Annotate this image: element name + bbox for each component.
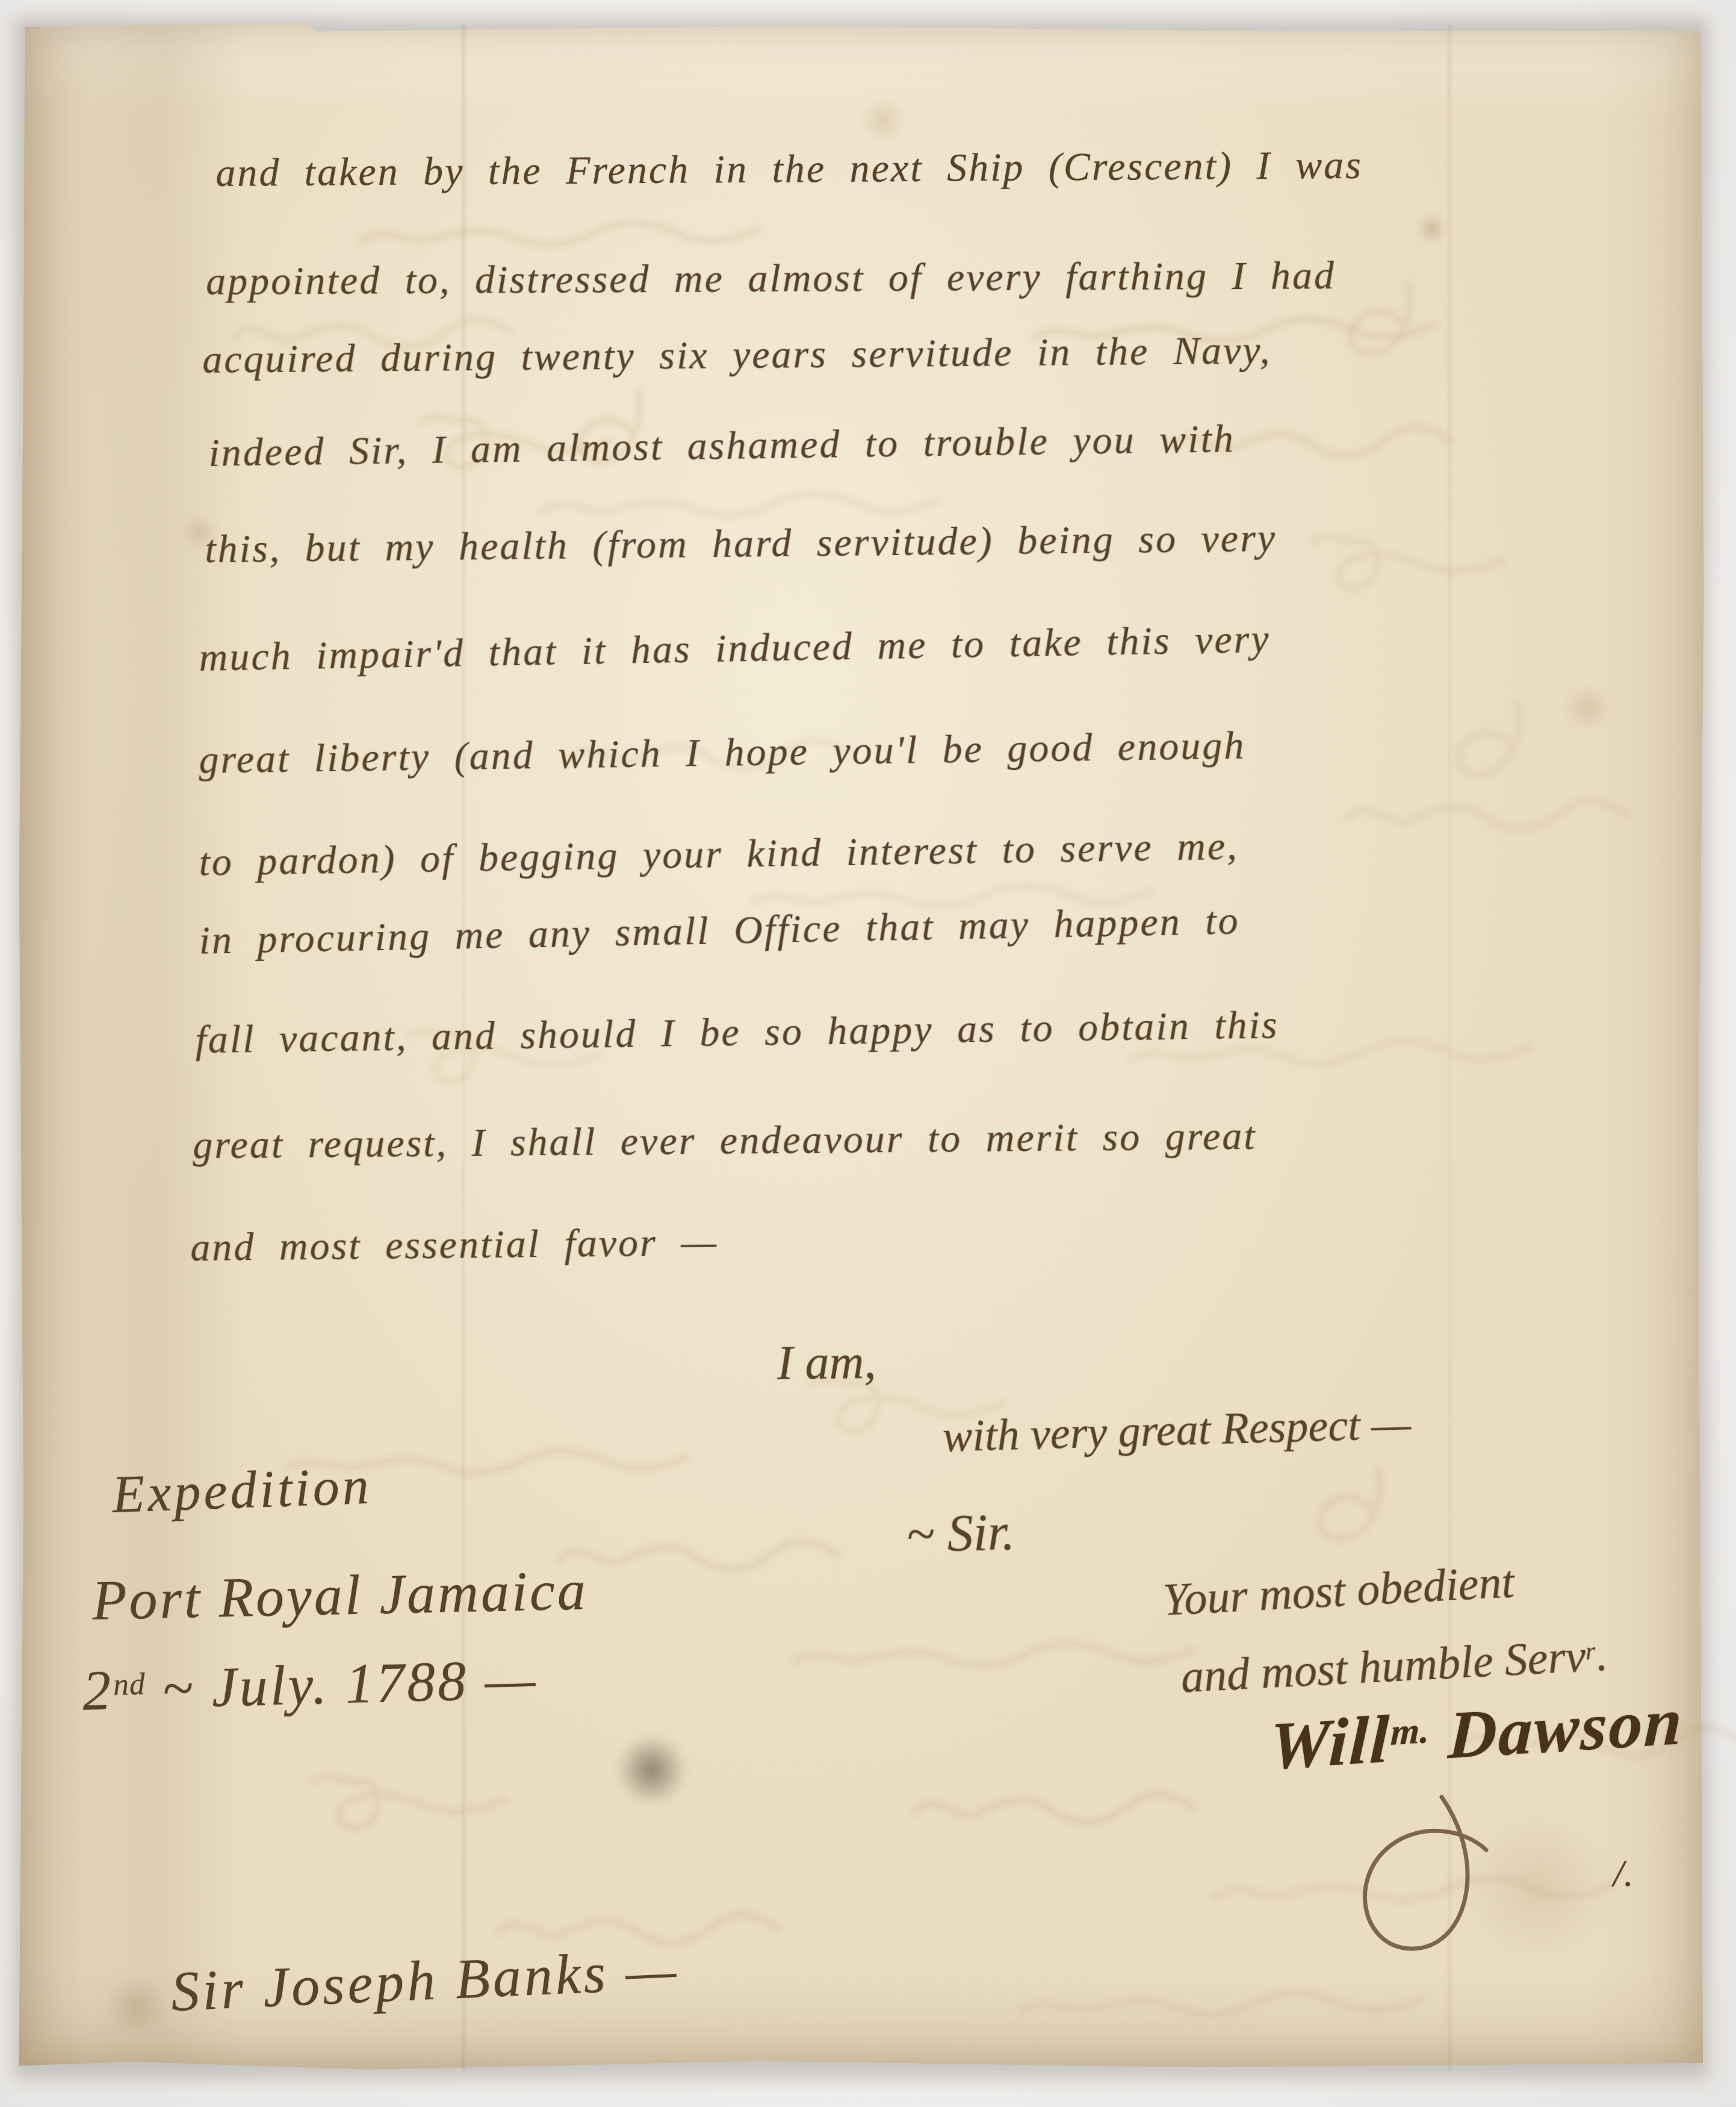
- dateline-date: 2nd ~ July. 1788 —: [82, 1651, 538, 1719]
- dateline-day: 2: [82, 1659, 114, 1722]
- dateline-ship: Expedition: [111, 1460, 373, 1522]
- signature-flourish: [0, 0, 1736, 2107]
- dateline-place: Port Royal Jamaica: [91, 1562, 589, 1629]
- dateline-rest: ~ July. 1788 —: [145, 1648, 539, 1721]
- dateline-day-sup: nd: [113, 1667, 146, 1702]
- scanned-letter-page: and taken by the French in the next Ship…: [0, 0, 1736, 2107]
